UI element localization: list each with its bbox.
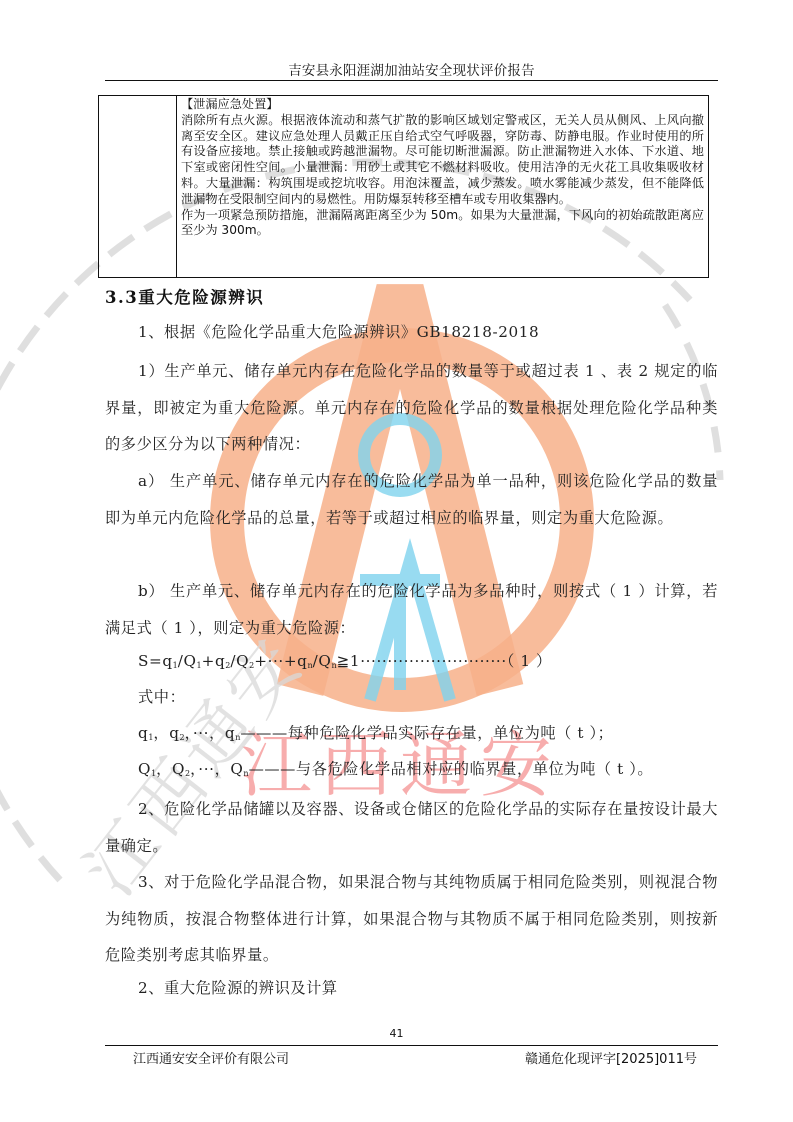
emergency-table: 【泄漏应急处置】 消除所有点火源。根据液体流动和蒸气扩散的影响区域划定警戒区，无… bbox=[98, 95, 709, 278]
footer-doc-code: 赣通危化现评字[2025]011号 bbox=[525, 1048, 697, 1067]
report-title: 吉安县永阳涯湖加油站安全现状评价报告 bbox=[105, 59, 718, 79]
footer-divider bbox=[105, 1045, 718, 1046]
paragraph-2: 1）生产单元、储存单元内存在危险化学品的数量等于或超过表 1 、表 2 规定的临… bbox=[105, 353, 718, 463]
paragraph-2-text: 1）生产单元、储存单元内存在危险化学品的数量等于或超过表 1 、表 2 规定的临… bbox=[105, 353, 718, 463]
paragraph-7-text: 2、重大危险源的辨识及计算 bbox=[105, 974, 718, 1002]
paragraph-1: 1、根据《危险化学品重大危险源辨识》GB18218-2018 bbox=[105, 318, 718, 346]
paragraph-7: 2、重大危险源的辨识及计算 bbox=[105, 974, 718, 1002]
paragraph-4: b） 生产单元、储存单元内存在的危险化学品为多品种时，则按式（ 1 ）计算，若满… bbox=[105, 573, 718, 646]
paragraph-4-text: b） 生产单元、储存单元内存在的危险化学品为多品种时，则按式（ 1 ）计算，若满… bbox=[105, 573, 718, 646]
paragraph-5-text: 2、危险化学品储罐以及容器、设备或仓储区的危险化学品的实际存在量按设计最大量确定… bbox=[105, 791, 718, 864]
paragraph-6: 3、对于危险化学品混合物，如果混合物与其纯物质属于相同危险类别，则视混合物为纯物… bbox=[105, 864, 718, 974]
paragraph-5: 2、危险化学品储罐以及容器、设备或仓储区的危险化学品的实际存在量按设计最大量确定… bbox=[105, 791, 718, 864]
paragraph-3-text: a） 生产单元、储存单元内存在的危险化学品为单一品种，则该危险化学品的数量即为单… bbox=[105, 463, 718, 536]
paragraph-6-text: 3、对于危险化学品混合物，如果混合物与其纯物质属于相同危险类别，则视混合物为纯物… bbox=[105, 864, 718, 974]
definition-Q: Q1，Q2，···，Qn———与各危险化学品相对应的临界量，单位为吨（ t ）。 bbox=[138, 758, 751, 779]
table-paragraph-1: 消除所有点火源。根据液体流动和蒸气扩散的影响区域划定警戒区，无关人员从侧风、上风… bbox=[181, 113, 704, 208]
table-label-cell bbox=[99, 96, 177, 277]
table-heading: 【泄漏应急处置】 bbox=[181, 97, 704, 113]
table-content-cell: 【泄漏应急处置】 消除所有点火源。根据液体流动和蒸气扩散的影响区域划定警戒区，无… bbox=[181, 96, 704, 239]
table-paragraph-2: 作为一项紧急预防措施，泄漏隔离距离至少为 50m。如果为大量泄漏，下风向的初始疏… bbox=[181, 208, 704, 240]
definition-q: q1，q2，···，qn———每种危险化学品实际存在量，单位为吨（ t ）； bbox=[138, 722, 751, 743]
document-page: 江西通安 江西通安 吉安县永阳涯湖加油站安全现状评价报告 【泄漏应急处置】 消除… bbox=[0, 0, 793, 1122]
paragraph-1-text: 1、根据《危险化学品重大危险源辨识》GB18218-2018 bbox=[105, 318, 718, 346]
where-label: 式中： bbox=[138, 686, 751, 707]
page-number: 41 bbox=[0, 1027, 793, 1040]
footer-company: 江西通安安全评价有限公司 bbox=[133, 1048, 289, 1067]
formula-line: S=q1/Q1+q2/Q2+···+qn/Qn≧1···············… bbox=[138, 650, 751, 671]
section-heading: 3.3重大危险源辨识 bbox=[105, 284, 264, 308]
header-divider bbox=[105, 80, 718, 81]
paragraph-3: a） 生产单元、储存单元内存在的危险化学品为单一品种，则该危险化学品的数量即为单… bbox=[105, 463, 718, 536]
